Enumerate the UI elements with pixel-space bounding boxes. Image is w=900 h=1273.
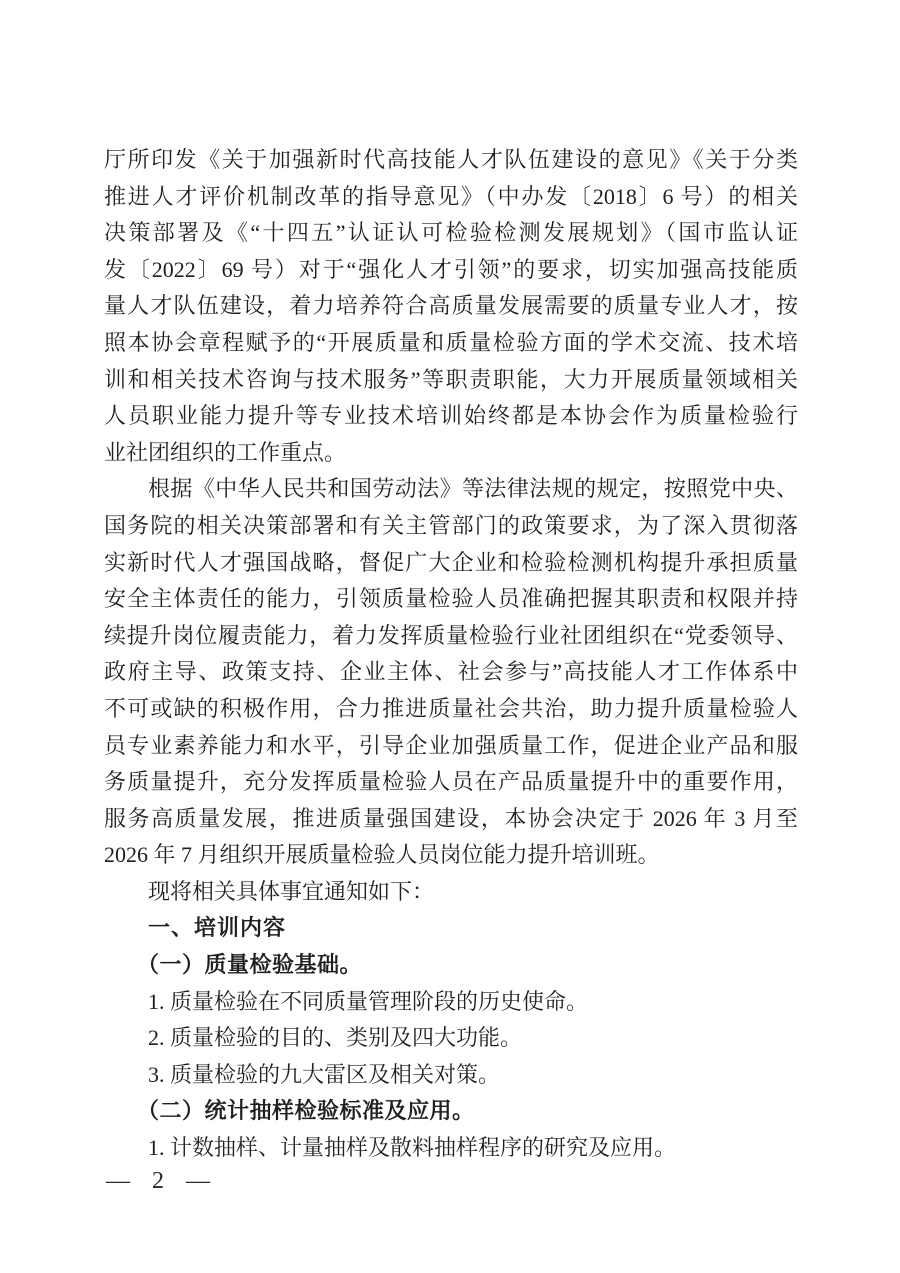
text-line: 1. 计数抽样、计量抽样及散料抽样程序的研究及应用。	[104, 1130, 798, 1167]
section-heading: （二）统计抽样检验标准及应用。	[104, 1093, 798, 1130]
text-line: 安全主体责任的能力，引领质量检验人员准确把握其职责和权限并持	[104, 581, 798, 618]
text-line: 量人才队伍建设，着力培养符合高质量发展需要的质量专业人才，按	[104, 288, 798, 325]
text-line: 发〔2022〕69 号）对于“强化人才引领”的要求，切实加强高技能质	[104, 252, 798, 289]
text-line: 厅所印发《关于加强新时代高技能人才队伍建设的意见》《关于分类	[104, 142, 798, 179]
document-body: 厅所印发《关于加强新时代高技能人才队伍建设的意见》《关于分类推进人才评价机制改革…	[104, 142, 798, 1167]
text-line: 国务院的相关决策部署和有关主管部门的政策要求，为了深入贯彻落	[104, 508, 798, 545]
document-page: 厅所印发《关于加强新时代高技能人才队伍建设的意见》《关于分类推进人才评价机制改革…	[0, 0, 900, 1273]
text-line: 服务高质量发展，推进质量强国建设，本协会决定于 2026 年 3 月至	[104, 801, 798, 838]
section-heading: 一、培训内容	[104, 910, 798, 947]
page-number: — 2 —	[106, 1168, 212, 1195]
text-line: 3. 质量检验的九大雷区及相关对策。	[104, 1057, 798, 1094]
text-line: 现将相关具体事宜通知如下：	[104, 874, 798, 911]
text-line: 决策部署及《“十四五”认证认可检验检测发展规划》（国市监认证	[104, 215, 798, 252]
text-line: 实新时代人才强国战略，督促广大企业和检验检测机构提升承担质量	[104, 545, 798, 582]
text-line: 根据《中华人民共和国劳动法》等法律法规的规定，按照党中央、	[104, 471, 798, 508]
text-line: 推进人才评价机制改革的指导意见》（中办发〔2018〕6 号）的相关	[104, 179, 798, 216]
text-line: 不可或缺的积极作用，合力推进质量社会共治，助力提升质量检验人	[104, 691, 798, 728]
section-heading: （一）质量检验基础。	[104, 947, 798, 984]
text-line: 务质量提升，充分发挥质量检验人员在产品质量提升中的重要作用，	[104, 764, 798, 801]
text-line: 照本协会章程赋予的“开展质量和质量检验方面的学术交流、技术培	[104, 325, 798, 362]
text-line: 业社团组织的工作重点。	[104, 435, 798, 472]
text-line: 2026 年 7 月组织开展质量检验人员岗位能力提升培训班。	[104, 837, 798, 874]
text-line: 训和相关技术咨询与技术服务”等职责职能，大力开展质量领域相关	[104, 362, 798, 399]
text-line: 1. 质量检验在不同质量管理阶段的历史使命。	[104, 984, 798, 1021]
text-line: 2. 质量检验的目的、类别及四大功能。	[104, 1020, 798, 1057]
text-line: 政府主导、政策支持、企业主体、社会参与”高技能人才工作体系中	[104, 654, 798, 691]
text-line: 续提升岗位履责能力，着力发挥质量检验行业社团组织在“党委领导、	[104, 618, 798, 655]
text-line: 人员职业能力提升等专业技术培训始终都是本协会作为质量检验行	[104, 398, 798, 435]
text-line: 员专业素养能力和水平，引导企业加强质量工作，促进企业产品和服	[104, 728, 798, 765]
